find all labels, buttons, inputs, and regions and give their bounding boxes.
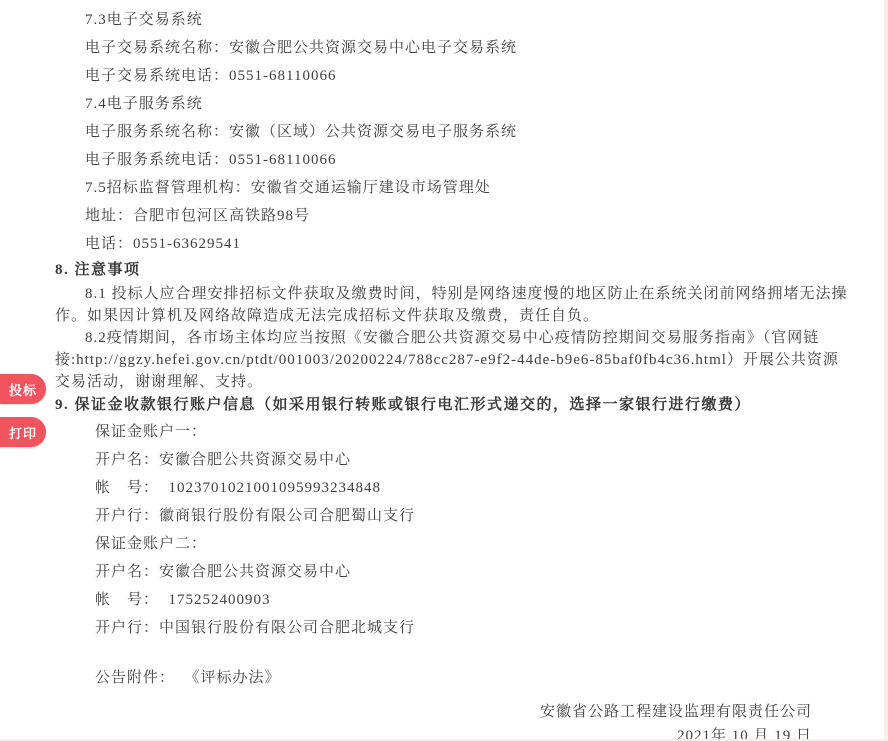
account-1-number: 帐 号： 1023701021001095993234848 (95, 474, 884, 502)
date-day-label: 日 (796, 728, 812, 741)
service-system-phone: 电子服务系统电话：0551-68110066 (85, 146, 884, 174)
announcement-page: 投标 打印 7.3电子交易系统 电子交易系统名称：安徽合肥公共资源交易中心电子交… (0, 0, 888, 741)
account-2-bank: 开户行：中国银行股份有限公司合肥北城支行 (95, 614, 884, 642)
company-name: 安徽省公路工程建设监理有限责任公司 (0, 700, 812, 724)
section-7-3-title: 7.3电子交易系统 (85, 6, 884, 34)
authority-phone: 电话：0551-63629541 (85, 230, 884, 258)
document-body: 7.3电子交易系统 电子交易系统名称：安徽合肥公共资源交易中心电子交易系统 电子… (0, 0, 884, 741)
side-action-tabs: 投标 打印 (0, 374, 46, 447)
account-2-number: 帐 号： 175252400903 (95, 586, 884, 614)
trade-system-phone: 电子交易系统电话：0551-68110066 (85, 62, 884, 90)
account-2-holder: 开户名：安徽合肥公共资源交易中心 (95, 558, 884, 586)
deposit-account-2-title: 保证金账户二： (95, 530, 884, 558)
signature-block: 安徽省公路工程建设监理有限责任公司 2021年 10 月 19 日 (0, 700, 884, 741)
trade-system-name: 电子交易系统名称：安徽合肥公共资源交易中心电子交易系统 (85, 34, 884, 62)
announcement-attachment: 公告附件： 《评标办法》 (95, 664, 884, 692)
account-1-holder: 开户名：安徽合肥公共资源交易中心 (95, 446, 884, 474)
authority-address: 地址：合肥市包河区高铁路98号 (85, 202, 884, 230)
account-1-bank: 开户行：徽商银行股份有限公司合肥蜀山支行 (95, 502, 884, 530)
section-9-heading: 9. 保证金收款银行账户信息（如采用银行转账或银行电汇形式递交的，选择一家银行进… (55, 393, 884, 418)
signature-date: 2021年 10 月 19 日 (0, 724, 812, 741)
bid-tab[interactable]: 投标 (0, 374, 46, 404)
note-8-2: 8.2疫情期间，各市场主体均应当按照《安徽合肥公共资源交易中心疫情防控期间交易服… (55, 327, 848, 393)
deposit-account-1-title: 保证金账户一： (95, 418, 884, 446)
date-day: 19 (769, 728, 796, 741)
section-7-4-title: 7.4电子服务系统 (85, 90, 884, 118)
service-system-name: 电子服务系统名称：安徽（区域）公共资源交易电子服务系统 (85, 118, 884, 146)
date-month: 10 (727, 728, 754, 741)
note-8-1: 8.1 投标人应合理安排招标文件获取及缴费时间，特别是网络速度慢的地区防止在系统… (55, 283, 848, 327)
date-year: 2021年 (677, 728, 727, 741)
section-8-heading: 8. 注意事项 (55, 258, 884, 283)
print-tab[interactable]: 打印 (0, 417, 46, 447)
date-month-label: 月 (753, 728, 769, 741)
section-7-5-authority: 7.5招标监督管理机构：安徽省交通运输厅建设市场管理处 (85, 174, 884, 202)
